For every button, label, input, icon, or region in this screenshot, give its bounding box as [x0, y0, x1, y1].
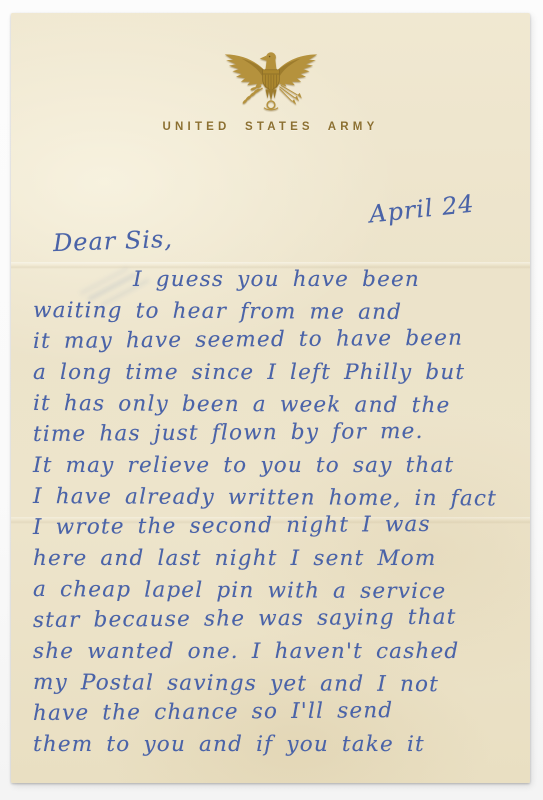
letter-line: It may relieve to you to say that [33, 450, 521, 481]
letter-line: it may have seemed to have been [33, 322, 521, 357]
letter-line: she wanted one. I haven't cashed [33, 636, 521, 667]
letter-line: them to you and if you take it [33, 729, 521, 760]
letter-date: April 24 [368, 190, 476, 229]
letterhead-title: UNITED STATES ARMY [11, 121, 530, 133]
us-army-eagle-emblem-icon [222, 46, 320, 116]
letter-body: I guess you have been waiting to hear fr… [33, 264, 521, 760]
letter-line: here and last night I sent Mom [33, 543, 521, 574]
letter-line: time has just flown by for me. [33, 415, 521, 450]
letter-line: have the chance so I'll send [33, 694, 521, 729]
letter-line: I guess you have been [33, 264, 521, 295]
letter-salutation: Dear Sis, [53, 225, 174, 257]
letter-paper: UNITED STATES ARMY April 24 Dear Sis, I … [11, 13, 530, 783]
letter-line: I wrote the second night I was [33, 508, 521, 543]
letter-line: star because she was saying that [33, 601, 521, 636]
letter-line: a long time since I left Philly but [33, 357, 521, 388]
